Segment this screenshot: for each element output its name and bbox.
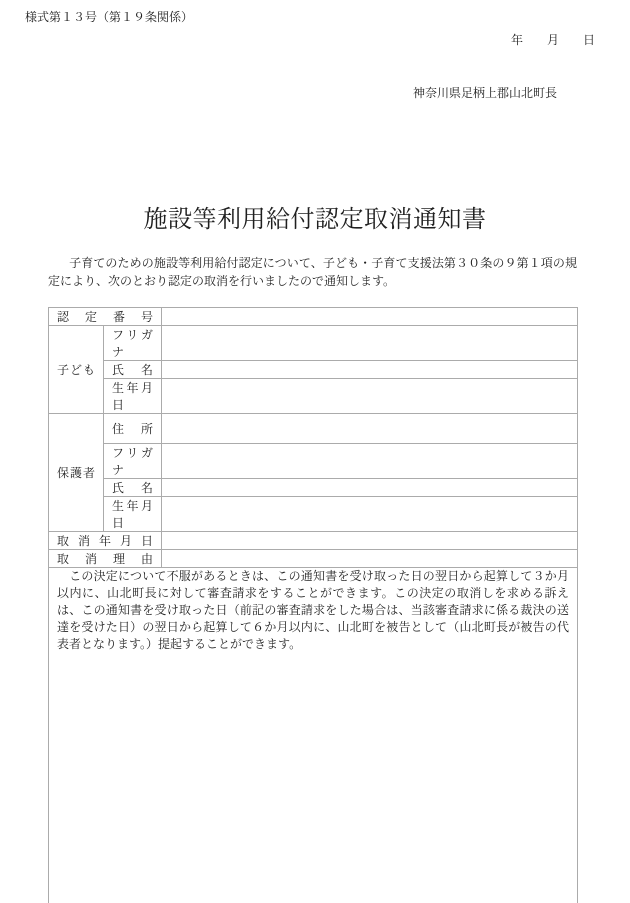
- table-row: 生年月日: [49, 379, 578, 414]
- table-row: 保護者 住所: [49, 414, 578, 444]
- table-row: 認定番号: [49, 308, 578, 326]
- form-number: 様式第１３号（第１９条関係）: [25, 8, 193, 25]
- child-group-label: 子ども: [49, 326, 104, 414]
- cancel-reason-label: 取消理由: [49, 550, 162, 568]
- guardian-address-label: 住所: [104, 414, 162, 444]
- guardian-birthdate-label: 生年月日: [104, 497, 162, 532]
- table-row: 生年月日: [49, 497, 578, 532]
- table-row: 子ども フリガナ: [49, 326, 578, 361]
- cancel-reason-value: [162, 550, 578, 568]
- date-line: 年 月 日: [511, 31, 595, 48]
- guardian-birthdate-value: [162, 497, 578, 532]
- document-title: 施設等利用給付認定取消通知書: [0, 199, 630, 234]
- cancel-date-value: [162, 532, 578, 550]
- table-row: この決定について不服があるときは、この通知書を受け取った日の翌日から起算して３か…: [49, 568, 578, 903]
- guardian-name-value: [162, 479, 578, 497]
- table-row: 取消年月日: [49, 532, 578, 550]
- guardian-name-label: 氏名: [104, 479, 162, 497]
- table-row: フリガナ: [49, 444, 578, 479]
- table-row: 氏名: [49, 479, 578, 497]
- cancel-date-label: 取消年月日: [49, 532, 162, 550]
- guardian-furigana-label: フリガナ: [104, 444, 162, 479]
- addressee-line: 神奈川県足柄上郡山北町長: [413, 84, 557, 101]
- appeal-note: この決定について不服があるときは、この通知書を受け取った日の翌日から起算して３か…: [49, 568, 578, 903]
- table-row: 氏名: [49, 361, 578, 379]
- child-birthdate-label: 生年月日: [104, 379, 162, 414]
- table-row: 取消理由: [49, 550, 578, 568]
- guardian-furigana-value: [162, 444, 578, 479]
- document-page: 様式第１３号（第１９条関係） 年 月 日 神奈川県足柄上郡山北町長 施設等利用給…: [0, 0, 630, 903]
- guardian-address-value: [162, 414, 578, 444]
- child-furigana-label: フリガナ: [104, 326, 162, 361]
- child-name-value: [162, 361, 578, 379]
- intro-paragraph: 子育てのための施設等利用給付認定について、子ども・子育て支援法第３０条の９第１項…: [48, 255, 577, 290]
- child-furigana-value: [162, 326, 578, 361]
- cert-number-value: [162, 308, 578, 326]
- cert-number-label: 認定番号: [49, 308, 162, 326]
- guardian-group-label: 保護者: [49, 414, 104, 532]
- child-birthdate-value: [162, 379, 578, 414]
- child-name-label: 氏名: [104, 361, 162, 379]
- certification-table: 認定番号 子ども フリガナ 氏名 生年月日 保護者 住所: [48, 307, 578, 903]
